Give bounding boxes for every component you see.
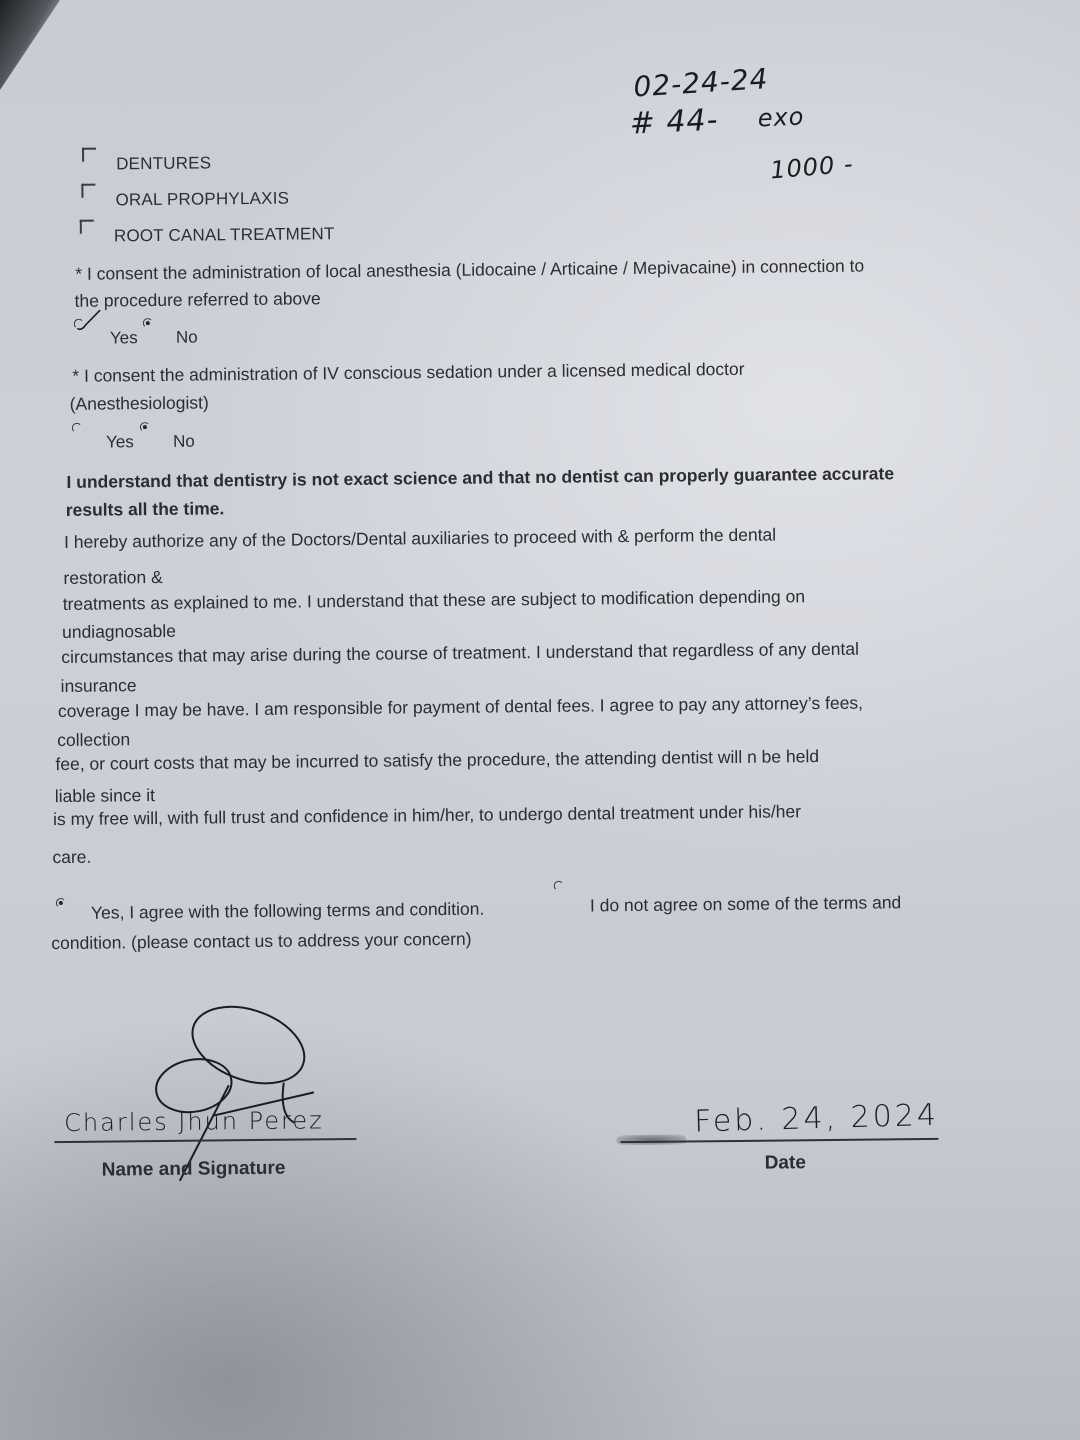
checkbox-root-canal[interactable] xyxy=(80,220,94,234)
date-block: Feb. 24, 2024 Date xyxy=(0,0,1072,6)
consent-form-page: 02-24-24 # 44- exo 1000 - DENTURES ORAL … xyxy=(0,0,1080,1440)
authorization-line: care. xyxy=(52,844,91,870)
handwritten-amount-note: 1000 - xyxy=(769,150,854,185)
authorization-line: restoration & xyxy=(63,564,162,591)
procedure-label-root-canal: ROOT CANAL TREATMENT xyxy=(114,224,335,246)
iv-sedation-text-line2: (Anesthesiologist) xyxy=(70,389,209,416)
authorization-line: insurance xyxy=(60,672,136,699)
iv-sedation-consent: * I consent the administration of IV con… xyxy=(0,0,1072,6)
agree-radio[interactable] xyxy=(56,898,66,908)
disclaimer-line2: results all the time. xyxy=(66,495,225,523)
disclaimer-block: I understand that dentistry is not exact… xyxy=(0,0,1072,6)
handwritten-procedure-note: exo xyxy=(757,102,805,132)
handwritten-date-note: 02-24-24 xyxy=(632,62,769,103)
disagree-radio[interactable] xyxy=(554,881,564,891)
date-caption: Date xyxy=(765,1152,806,1174)
iv-sedation-no-label: No xyxy=(173,432,195,452)
handwritten-date-value: Feb. 24, 2024 xyxy=(694,1098,940,1140)
authorization-line: is my free will, with full trust and con… xyxy=(53,798,801,832)
local-anesthesia-yes-label: Yes xyxy=(110,328,138,348)
authorization-line: undiagnosable xyxy=(62,618,176,645)
agreement-section: Yes, I agree with the following terms an… xyxy=(0,0,1072,6)
signature-block: Charles Jhun Perez Name and Signature xyxy=(0,0,1072,6)
iv-sedation-no-radio[interactable] xyxy=(140,422,150,432)
local-anesthesia-text-line2: the procedure referred to above xyxy=(74,285,320,314)
local-anesthesia-no-label: No xyxy=(176,328,198,348)
iv-sedation-yes-label: Yes xyxy=(106,432,134,452)
local-anesthesia-no-radio[interactable] xyxy=(143,318,153,328)
handwritten-tooth-note: # 44- xyxy=(629,103,719,142)
agree-label: Yes, I agree with the following terms an… xyxy=(91,896,485,926)
checkbox-dentures[interactable] xyxy=(82,148,96,162)
procedure-list: DENTURES ORAL PROPHYLAXIS ROOT CANAL TRE… xyxy=(0,0,1072,6)
checkbox-oral-prophylaxis[interactable] xyxy=(81,184,95,198)
handwritten-signature-name: Charles Jhun Perez xyxy=(64,1106,324,1137)
handwritten-check-icon xyxy=(76,309,106,333)
disagree-label-line1: I do not agree on some of the terms and xyxy=(590,889,902,918)
iv-sedation-text-line1: * I consent the administration of IV con… xyxy=(72,356,744,389)
local-anesthesia-text-line1: * I consent the administration of local … xyxy=(75,253,864,287)
authorization-paragraph: I hereby authorize any of the Doctors/De… xyxy=(0,0,1072,6)
authorization-line: I hereby authorize any of the Doctors/De… xyxy=(64,522,776,555)
disclaimer-line1: I understand that dentistry is not exact… xyxy=(66,460,894,495)
signature-caption: Name and Signature xyxy=(102,1158,286,1182)
authorization-line: coverage I may be have. I am responsible… xyxy=(58,690,863,724)
authorization-line: circumstances that may arise during the … xyxy=(61,636,859,670)
authorization-line: fee, or court costs that may be incurred… xyxy=(55,743,819,777)
local-anesthesia-consent: * I consent the administration of local … xyxy=(0,0,1072,6)
iv-sedation-yes-radio[interactable] xyxy=(72,423,82,433)
authorization-line: treatments as explained to me. I underst… xyxy=(63,583,806,617)
procedure-label-oral-prophylaxis: ORAL PROPHYLAXIS xyxy=(115,189,289,211)
authorization-line: collection xyxy=(57,726,130,753)
procedure-label-dentures: DENTURES xyxy=(116,153,211,174)
disagree-label-line2: condition. (please contact us to address… xyxy=(51,926,471,956)
